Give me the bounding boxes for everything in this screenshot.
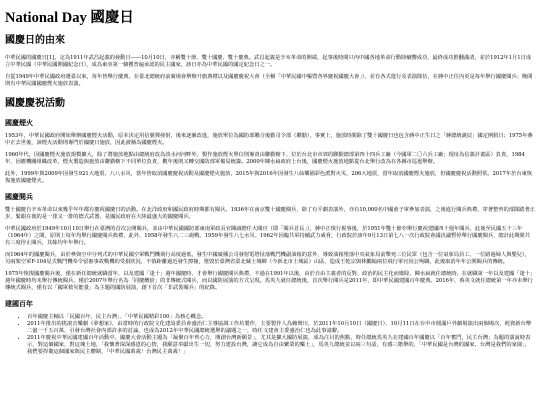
origin-paragraph: 中華民國的國慶日[1]，定為1911年武昌起義的發動日——10月10日，亦稱雙十…: [5, 55, 535, 69]
parade-paragraph: 中華民國政府於1949年10月10日舉行在臺灣的首次公開閱兵，並由中華民國國防部…: [5, 226, 535, 247]
centennial-heading: 建國百年: [5, 299, 535, 308]
parade-paragraph: 雙十國慶自辛亥革命以來幾乎年年都有慶祝國慶日的活動。在北洋政府和國民政府時期都有…: [5, 207, 535, 221]
fireworks-paragraph: 1960年代，因國慶煙火施放規模擴大，除了將施放地點由總統府改為淡水河河畔外，製…: [5, 152, 535, 166]
list-item: 2011年慶祝中華民國建國百年活動中，國慶大會活動主題為「凝聚百年齊心力，開創台…: [27, 335, 535, 356]
parade-heading: 國慶閱兵: [5, 192, 535, 201]
celebrations-section: 國慶慶祝活動 國慶煙火 1953年，中華民國政府開始舉辦國慶煙火活動，原本決定用…: [5, 98, 535, 356]
fireworks-heading: 國慶煙火: [5, 118, 535, 127]
origin-section: 國慶日的由來 中華民國的國慶日[1]，定為1911年武昌起義的發動日——10月1…: [5, 35, 535, 88]
origin-heading: 國慶日的由來: [5, 35, 535, 47]
centennial-list: 百年國慶主軸以「民國百年，民主台灣」、「中華民國精彩100」為核心概念。 201…: [5, 314, 535, 356]
celebrations-heading: 國慶慶祝活動: [5, 98, 535, 110]
parade-paragraph: 1975年恢復國慶閱兵後，僅在新任總統就職當年，以及建國「逢十」週年國慶時，才會…: [5, 271, 535, 292]
fireworks-paragraph: 此外，1999年與2009年因發生921大地震、八八水災，當年皆取消國慶慶祝活動…: [5, 171, 535, 185]
parade-paragraph: 而1964年的國慶閱兵，由於參與空中分列式的中華民國空軍戰鬥機飛行高度過低，發生…: [5, 252, 535, 266]
list-item: 2011年推出的搖滾音樂劇《夢想家》，由當時的行政院文化建設委員會盛治仁主導協調…: [27, 321, 535, 335]
origin-paragraph: 自從1949年中華民國政府遷臺以來，每年皆舉行慶典，在臺北總統府前廣場會舉辦升旗…: [5, 74, 535, 88]
list-item: 百年國慶主軸以「民國百年，民主台灣」、「中華民國精彩100」為核心概念。: [27, 314, 535, 321]
fireworks-paragraph: 1953年，中華民國政府開始舉辦國慶煙火活動，原本決定用信號彈發射，後來逐漸改進…: [5, 133, 535, 147]
page-title: National Day 國慶日: [5, 10, 535, 27]
